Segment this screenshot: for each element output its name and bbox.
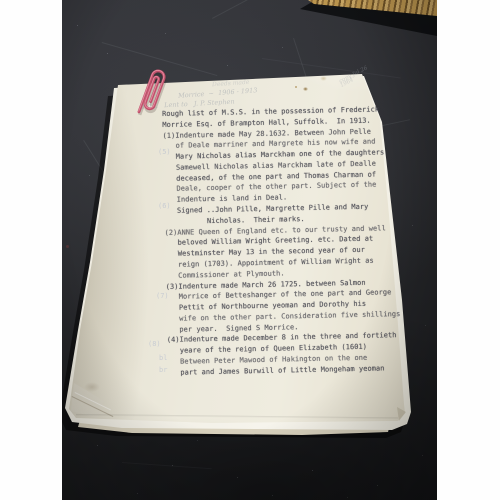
bleedthrough-mark: (8) — [148, 340, 161, 348]
foxing-stain — [320, 76, 327, 81]
photo-of-document: (5)(6)(7)(8)blbr Rough list of M.S.S. in… — [62, 0, 437, 500]
foxing-stain — [66, 245, 69, 248]
foxing-stain — [303, 87, 308, 91]
scratch-mark — [122, 462, 212, 469]
foxing-stain — [295, 86, 297, 88]
letterbox-background: (5)(6)(7)(8)blbr Rough list of M.S.S. in… — [0, 0, 500, 500]
typewritten-text-block: Rough list of M.S.S. in the possession o… — [162, 104, 402, 378]
dust-specks — [77, 25, 78, 26]
smudge-stain — [84, 382, 100, 392]
bleedthrough-mark: br — [159, 366, 167, 374]
scratch-mark — [212, 0, 292, 19]
